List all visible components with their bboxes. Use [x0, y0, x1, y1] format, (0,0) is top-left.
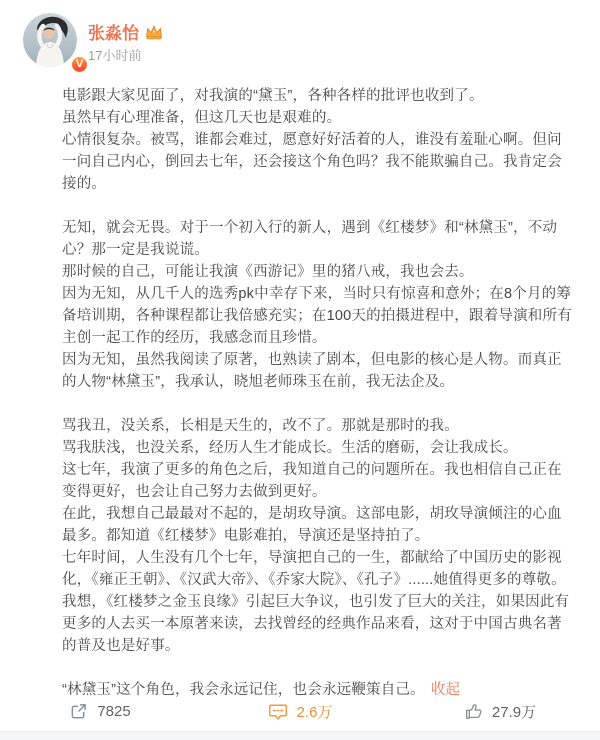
avatar[interactable]: V — [23, 13, 77, 67]
comment-button[interactable]: 2.6万 — [200, 701, 400, 722]
comment-count: 2.6万 — [297, 701, 333, 722]
post-content: 电影跟大家见面了，对我演的“黛玉”，各种各样的批评也收到了。 虽然早有心理准备，… — [0, 72, 600, 701]
comment-bubble-icon — [268, 702, 288, 721]
username[interactable]: 张淼怡 — [88, 19, 139, 44]
repost-button[interactable]: 7825 — [0, 702, 200, 721]
share-forward-icon — [69, 702, 88, 721]
post-header: V 张淼怡 17小时前 — [0, 0, 600, 72]
post-paragraph: 无知，就会无畏。对于一个初入行的新人，遇到《红楼梦》和“林黛玉”，不动心？那一定… — [62, 217, 572, 393]
like-button[interactable]: 27.9万 — [400, 701, 600, 722]
post-paragraph: 电影跟大家见面了，对我演的“黛玉”，各种各样的批评也收到了。 虽然早有心理准备，… — [62, 85, 572, 195]
vip-crown-icon — [145, 24, 163, 40]
thumbs-up-icon — [464, 702, 483, 721]
verified-v-icon: V — [70, 55, 89, 74]
post-timestamp: 17小时前 — [88, 45, 141, 64]
repost-count: 7825 — [97, 703, 130, 720]
avatar-image — [23, 13, 77, 67]
post-paragraph: 骂我丑，没关系，长相是天生的，改不了。那就是那时的我。 骂我肤浅，也没关系，经历… — [62, 415, 572, 657]
action-bar: 7825 2.6万 27.9万 — [0, 694, 600, 728]
like-count: 27.9万 — [492, 701, 536, 722]
section-divider — [0, 731, 600, 740]
